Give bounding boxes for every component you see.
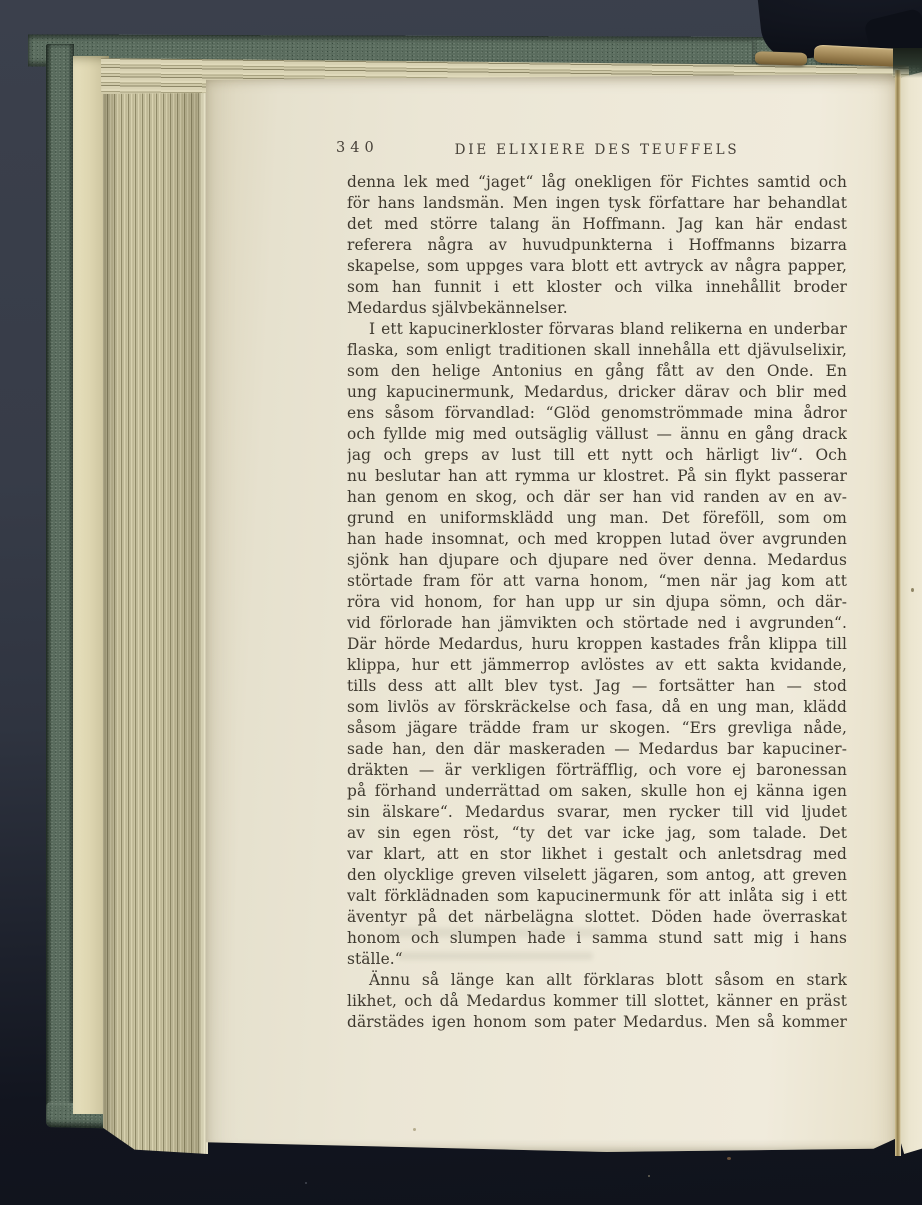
fore-edge-page-stack — [103, 60, 208, 1154]
text-line: och fyllde mig med outsäglig vällust — ä… — [347, 424, 847, 445]
text-line: den olycklige greven vilselett jägaren, … — [347, 865, 847, 886]
page-number: 340 — [336, 140, 379, 156]
text-line: jag och greps av lust till ett nytt och … — [347, 445, 847, 466]
text-line: som den helige Antonius en gång fått av … — [347, 361, 847, 382]
text-line: flaska, som enligt traditionen skall inn… — [347, 340, 847, 361]
text-line: I ett kapucinerkloster förvaras bland re… — [347, 319, 847, 340]
text-line: ens såsom förvandlad: “Glöd genomströmma… — [347, 403, 847, 424]
margin-speck — [911, 588, 914, 592]
book-page: 340 DIE ELIXIERE DES TEUFFELS denna lek … — [206, 74, 897, 1152]
dust-speck — [727, 1157, 731, 1160]
paper-speck — [413, 1128, 416, 1131]
text-line: klippa, hur ett jämmerrop avlöstes av et… — [347, 655, 847, 676]
dust-speck — [648, 1175, 650, 1177]
text-line: sade han, den där maskeraden — Medardus … — [347, 739, 847, 760]
text-line: han genom en skog, och där ser han vid r… — [347, 487, 847, 508]
book-cover-left-edge — [46, 44, 74, 1126]
text-line: det med större talang än Hoffmann. Jag k… — [347, 214, 847, 235]
photographed-book-scene: { "page_header": { "page_number": "340",… — [0, 0, 922, 1205]
text-line: Ännu så länge kan allt förklaras blott s… — [347, 970, 847, 991]
opposite-page-edge — [901, 72, 922, 1154]
worn-spine-strip-small — [755, 51, 807, 66]
running-title: DIE ELIXIERE DES TEUFFELS — [455, 142, 740, 158]
text-line: likhet, och då Medardus kommer till slot… — [347, 991, 847, 1012]
text-line: som han funnit i ett kloster och vilka i… — [347, 277, 847, 298]
gutter-shadow-top — [893, 48, 922, 78]
text-line: av sin egen röst, “ty det var icke jag, … — [347, 823, 847, 844]
text-line: nu beslutar han att rymma ur klostret. P… — [347, 466, 847, 487]
text-line: vid förlorade han jämvikten och störtade… — [347, 613, 847, 634]
text-line: röra vid honom, for han upp ur sin djupa… — [347, 592, 847, 613]
page-header: 340 DIE ELIXIERE DES TEUFFELS — [347, 140, 847, 158]
show-through-smudge — [398, 952, 593, 960]
text-line: grund en uniformsklädd ung man. Det före… — [347, 508, 847, 529]
text-line: skapelse, som uppges vara blott ett avtr… — [347, 256, 847, 277]
text-line: störtade fram för att varna honom, “men … — [347, 571, 847, 592]
text-line: han hade insomnat, och med kroppen lutad… — [347, 529, 847, 550]
text-line: tills dess att allt blev tyst. Jag — for… — [347, 676, 847, 697]
text-line: sin älskare“. Medardus svarar, men rycke… — [347, 802, 847, 823]
text-line: ung kapucinermunk, Medardus, dricker där… — [347, 382, 847, 403]
text-line: denna lek med “jaget“ låg onekligen för … — [347, 172, 847, 193]
body-text: denna lek med “jaget“ låg onekligen för … — [347, 172, 847, 1033]
show-through-smudge — [382, 928, 607, 937]
text-line: äventyr på det närbelägna slottet. Döden… — [347, 907, 847, 928]
text-line: dräkten — är verkligen förträfflig, och … — [347, 760, 847, 781]
page-gutter-crease — [895, 70, 901, 1156]
text-line: på förhand underrättad om saken, skulle … — [347, 781, 847, 802]
dust-speck — [305, 1182, 307, 1184]
text-line: Medardus självbekännelser. — [347, 298, 847, 319]
text-line: Där hörde Medardus, huru kroppen kastade… — [347, 634, 847, 655]
text-line: valt förklädnaden som kapucinermunk för … — [347, 886, 847, 907]
text-line: referera några av huvudpunkterna i Hoffm… — [347, 235, 847, 256]
text-line: för hans landsmän. Men ingen tysk förfat… — [347, 193, 847, 214]
text-line: såsom jägare trädde fram ur skogen. “Ers… — [347, 718, 847, 739]
text-line: som livlös av förskräckelse och fasa, då… — [347, 697, 847, 718]
text-line: därstädes igen honom som pater Medardus.… — [347, 1012, 847, 1033]
text-line: sjönk han djupare och djupare ned över d… — [347, 550, 847, 571]
page-content: 340 DIE ELIXIERE DES TEUFFELS denna lek … — [347, 74, 847, 1152]
text-line: var klart, att en stor likhet i gestalt … — [347, 844, 847, 865]
